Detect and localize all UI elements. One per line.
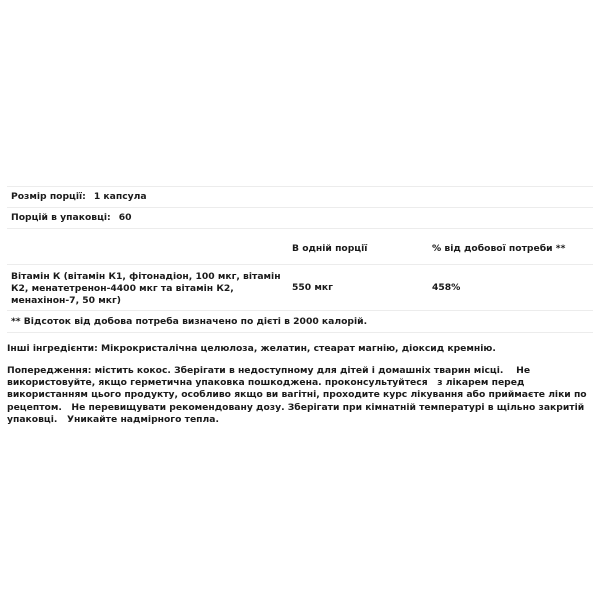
servings-per-container-row: Порцій в упаковці: 60 [7, 207, 593, 228]
header-daily-value: % від добової потреби ** [432, 243, 565, 255]
warning-text: Попередження: містить кокос. Зберігати в… [7, 365, 593, 426]
other-ingredients: Інші інгредієнти: Мікрокристалічна целюл… [7, 343, 593, 355]
nutrient-daily-value: 458% [432, 282, 460, 294]
serving-size-value: 1 капсула [94, 191, 147, 203]
table-header-row: В одній порції % від добової потреби ** [7, 228, 593, 264]
header-amount-per-serving: В одній порції [292, 243, 367, 255]
servings-per-container-label: Порцій в упаковці: [11, 212, 111, 224]
daily-value-footnote: ** Відсоток від добова потреба визначено… [7, 310, 593, 333]
nutrient-name: Вітамін К (вітамін К1, фітонадіон, 100 м… [11, 271, 281, 307]
serving-size-row: Розмір порції: 1 капсула [7, 186, 593, 207]
table-row: Вітамін К (вітамін К1, фітонадіон, 100 м… [7, 264, 593, 310]
servings-per-container-value: 60 [119, 212, 132, 224]
supplement-facts-panel: Розмір порції: 1 капсула Порцій в упаков… [7, 186, 593, 333]
serving-size-label: Розмір порції: [11, 191, 86, 203]
nutrient-amount: 550 мкг [292, 282, 333, 294]
